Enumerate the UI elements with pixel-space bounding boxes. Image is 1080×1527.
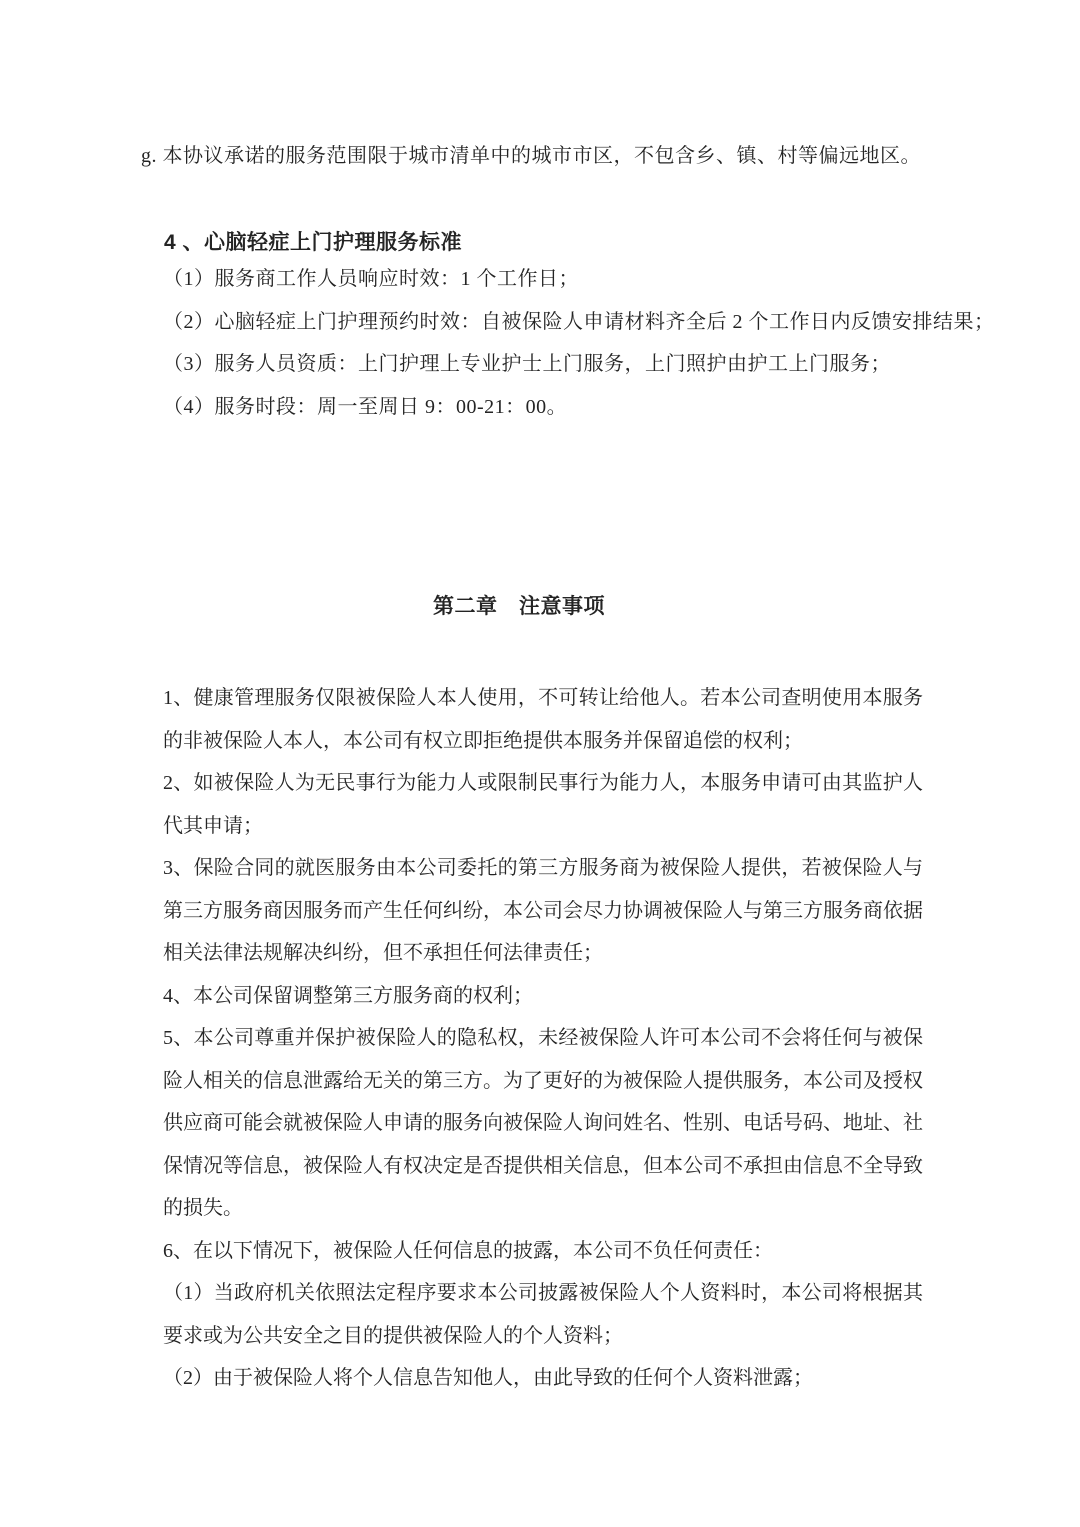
clause-g-line: g. 本协议承诺的服务范围限于城市清单中的城市市区，不包含乡、镇、村等偏远地区。 xyxy=(141,139,921,168)
chapter2-heading: 第二章 注意事项 xyxy=(433,590,605,620)
chapter2-paragraph: 3、保险合同的就医服务由本公司委托的第三方服务商为被保险人提供，若被保险人与第三… xyxy=(163,847,923,975)
chapter2-paragraph: 5、本公司尊重并保护被保险人的隐私权，未经被保险人许可本公司不会将任何与被保险人… xyxy=(163,1017,923,1230)
chapter2-paragraph: 4、本公司保留调整第三方服务商的权利； xyxy=(163,975,923,1018)
chapter2-paragraph-list: 1、健康管理服务仅限被保险人本人使用，不可转让给他人。若本公司查明使用本服务的非… xyxy=(163,677,923,1400)
document-page: g. 本协议承诺的服务范围限于城市清单中的城市市区，不包含乡、镇、村等偏远地区。… xyxy=(0,0,1080,1527)
section4-item: （2）心脑轻症上门护理预约时效：自被保险人申请材料齐全后 2 个工作日内反馈安排… xyxy=(163,301,995,344)
section4-item: （3）服务人员资质：上门护理上专业护士上门服务，上门照护由护工上门服务； xyxy=(163,343,995,386)
section4-item: （1）服务商工作人员响应时效：1 个工作日； xyxy=(163,258,995,301)
chapter2-paragraph: （2）由于被保险人将个人信息告知他人，由此导致的任何个人资料泄露； xyxy=(163,1357,923,1400)
chapter2-paragraph: 2、如被保险人为无民事行为能力人或限制民事行为能力人，本服务申请可由其监护人代其… xyxy=(163,762,923,847)
section4-item: （4）服务时段：周一至周日 9：00-21：00。 xyxy=(163,386,995,429)
chapter2-paragraph: 6、在以下情况下，被保险人任何信息的披露，本公司不负任何责任： xyxy=(163,1230,923,1273)
section4-item-list: （1）服务商工作人员响应时效：1 个工作日；（2）心脑轻症上门护理预约时效：自被… xyxy=(163,258,995,429)
section4-heading: 4 、心脑轻症上门护理服务标准 xyxy=(164,226,462,256)
chapter2-paragraph: 1、健康管理服务仅限被保险人本人使用，不可转让给他人。若本公司查明使用本服务的非… xyxy=(163,677,923,762)
chapter2-paragraph: （1）当政府机关依照法定程序要求本公司披露被保险人个人资料时，本公司将根据其要求… xyxy=(163,1272,923,1357)
